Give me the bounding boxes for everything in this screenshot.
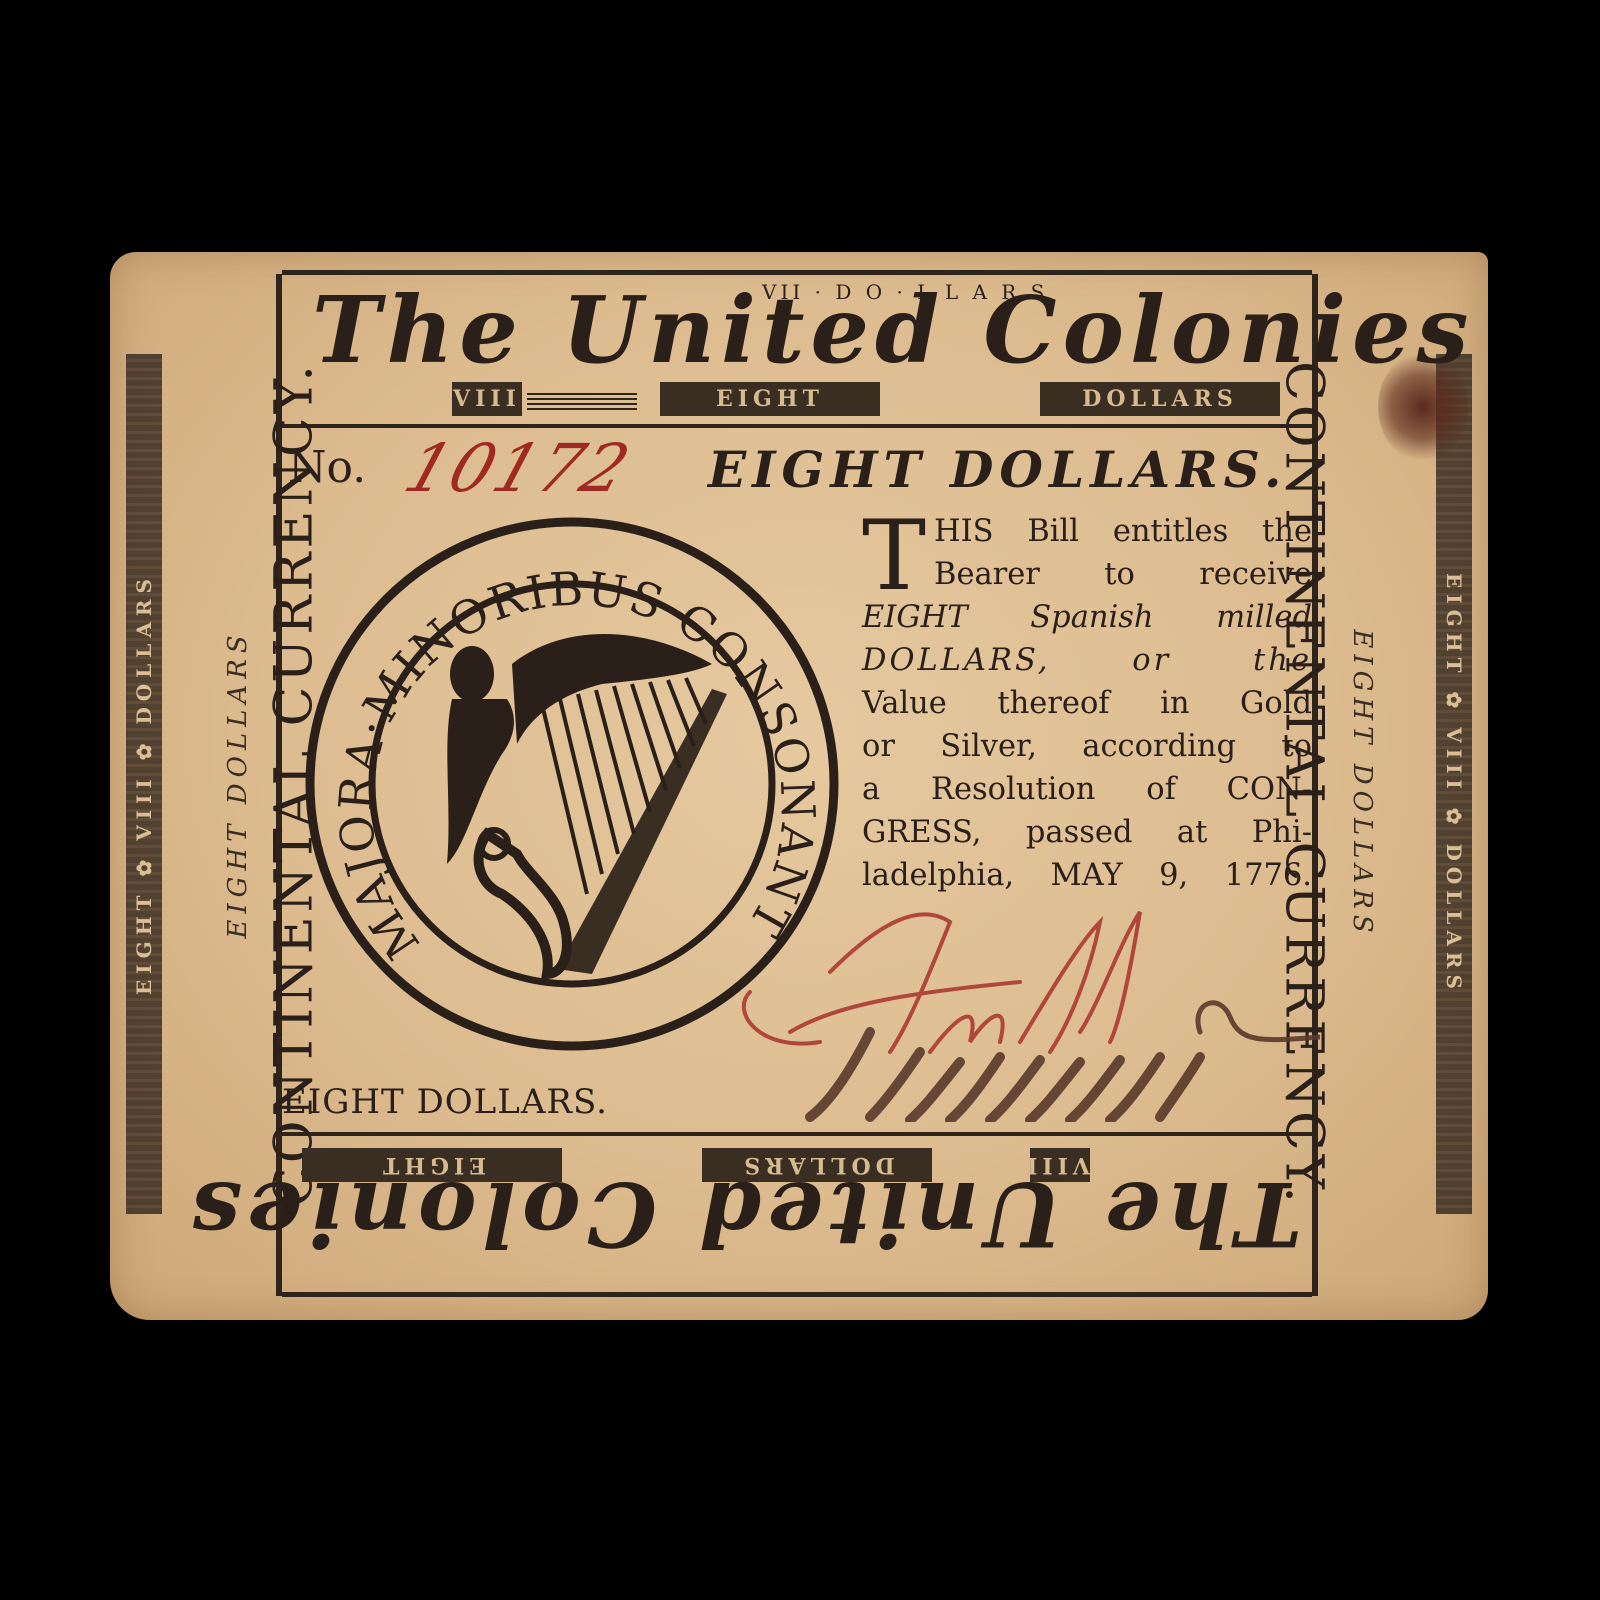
serial-label: No. [288,442,366,493]
bill-text-line: or Silver, according to [862,725,1312,768]
left-border-panel: EIGHT ✿ VIII ✿ DOLLARS CONTINENTAL CURRE… [120,274,270,1294]
left-bar-text: EIGHT ✿ VIII ✿ DOLLARS [132,573,156,995]
bill-text: T HIS Bill entitles the Bearer to receiv… [862,510,1312,897]
denomination-heading: EIGHT DOLLARS. [708,440,1287,499]
bill-text-line: HIS Bill entitles the [862,510,1312,553]
border-bottom-rule [282,1292,1312,1297]
serial-row: No. 10172 EIGHT DOLLARS. [288,440,1318,510]
bill-text-line: EIGHT Spanish milled [862,596,1312,639]
harp-icon [447,634,727,974]
banner-title: The United Colonies [312,276,1474,384]
bill-text-line: GRESS, passed at Phi- [862,811,1312,854]
plate-rule [527,390,637,410]
bill-text-line: a Resolution of CON- [862,768,1312,811]
signatures [720,882,1320,1122]
dollars-plate: DOLLARS [1040,382,1280,416]
right-scroll-text: EIGHT DOLLARS [1347,629,1377,938]
bill-text-line: Value thereof in Gold [862,682,1312,725]
right-bar-text: EIGHT ✿ VIII ✿ DOLLARS [1442,573,1466,995]
footer-denomination: EIGHT DOLLARS. [282,1082,608,1122]
serial-number: 10172 [395,430,640,507]
bill-text-line: DOLLARS, or the [862,639,1312,682]
bottom-banner: EIGHT DOLLARS VIII The United Colonies [282,1122,1312,1292]
bottom-banner-title: The United Colonies [302,1162,1302,1266]
numeral-plate: VIII [452,382,522,416]
banknote: EIGHT ✿ VIII ✿ DOLLARS CONTINENTAL CURRE… [110,252,1488,1320]
red-signature [744,912,1140,1052]
brown-signature [810,1003,1320,1120]
drop-cap: T [862,516,926,596]
top-banner: VII · D O · L L A R S The United Colonie… [282,270,1312,430]
bill-text-line: Bearer to receive [862,553,1312,596]
left-scroll-text: EIGHT DOLLARS [223,629,253,938]
eight-plate: EIGHT [660,382,880,416]
